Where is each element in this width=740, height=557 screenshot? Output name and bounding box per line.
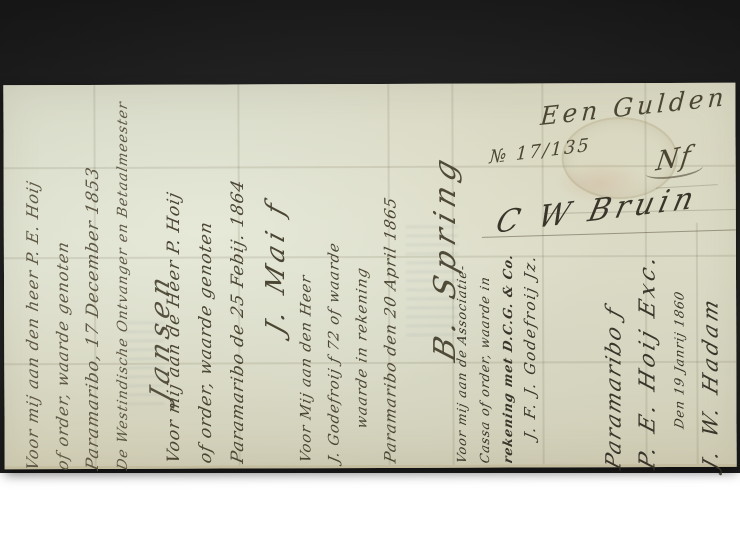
handwriting-line: waarde in rekening xyxy=(349,122,377,466)
endorsement-3: Voor Mij aan den Heer J. Godefroij ƒ 72 … xyxy=(293,125,410,463)
handwriting-line: J. F. J. Godefroij Jz. xyxy=(519,241,542,466)
handwriting-line: Voor Mij aan den Heer xyxy=(293,122,321,466)
handwriting-line: Paramaribo, 17 December 1853 xyxy=(78,92,108,473)
handwriting-line: Paramaribo den 20 April 1865 xyxy=(377,122,405,466)
handwriting-line: Voor mij aan de Heer P. Hoij xyxy=(158,102,190,467)
handwriting-line: Voor mij aan den heer P. E. Hoij xyxy=(18,92,48,473)
auction-lot-photo-page: Voor mij aan den heer P. E. Hoij of orde… xyxy=(0,0,740,557)
signature: J. Mai f xyxy=(254,98,298,470)
handwriting-line: Den 19 Janrij 1860 xyxy=(666,227,692,471)
handwriting-line: J. Godefroij ƒ 72 of waarde xyxy=(321,122,349,466)
photo-dark-background: Voor mij aan den heer P. E. Hoij of orde… xyxy=(0,0,740,473)
signature: J. W. Hadam xyxy=(692,224,728,474)
handwriting-line: Cassa of order, waarde in xyxy=(473,241,496,466)
handwriting-line: rekening met D.C.G. & Co. xyxy=(496,241,519,466)
handwriting-line: De Westindische Ontvanger en Betaalmeest… xyxy=(108,92,138,473)
handwriting-line: Voor mij aan de Associatie- xyxy=(450,241,473,466)
right-signature-column: Paramaribo ƒ P. E. Hoij Exc. Den 19 Janr… xyxy=(596,230,735,468)
endorsement-2: Voor mij aan de Heer P. Hoij of order, w… xyxy=(158,105,308,463)
handwriting-line: of order, waarde genoten xyxy=(190,102,222,467)
handwriting-line: of order, waarde genoten xyxy=(48,92,78,473)
signature: P. E. Hoij Exc. xyxy=(630,224,666,474)
handwriting-line: Paramaribo de 25 Febij. 1864 xyxy=(222,102,254,467)
endorsement-5: Voor mij aan de Associatie- Cassa of ord… xyxy=(450,243,548,463)
signature: Paramaribo ƒ xyxy=(596,224,630,473)
